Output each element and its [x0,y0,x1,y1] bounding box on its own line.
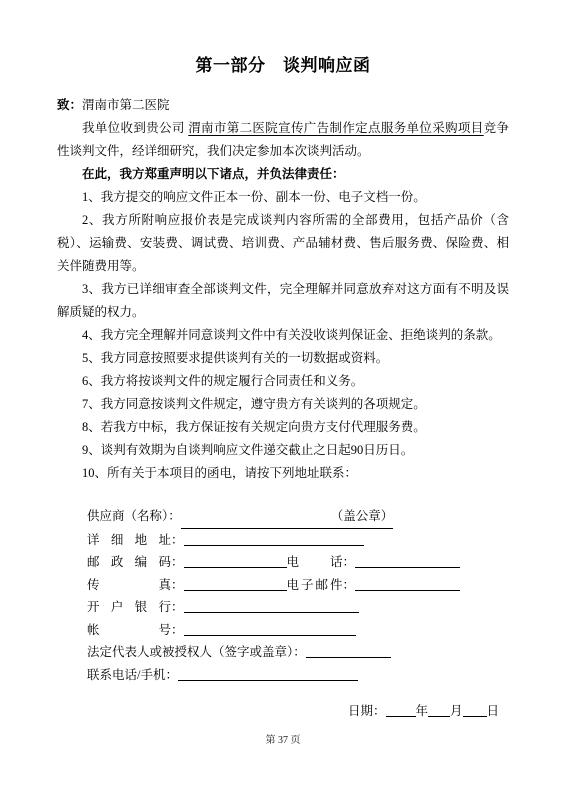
bank-label: 开户银行 [87,596,171,619]
email-label: 电子邮件 [287,574,343,597]
supplier-blank [181,519,331,520]
account-row: 帐号： [57,619,509,642]
legal-rep-blank [306,644,391,658]
colon: ： [343,578,356,592]
phone-label: 电话 [287,551,343,574]
intro-lead: 我单位收到贵公司 [82,121,188,135]
phone-blank [355,554,460,568]
account-blank [184,622,356,636]
bank-blank [184,599,359,613]
seal-note: （盖公章） [331,509,394,523]
account-label: 帐号 [87,619,171,642]
address-blank [184,532,364,546]
recipient-name: 渭南市第二医院 [82,98,170,112]
date-month-blank [428,703,450,717]
list-item-5: 5、我方同意按照要求提供谈判有关的一切数据或资料。 [57,347,509,370]
declaration-heading: 在此，我方郑重声明以下诸点，并负法律责任： [57,163,509,186]
address-row: 详细地址： [57,529,509,552]
date-month-label: 月 [450,704,463,718]
contact-phone-row: 联系电话/手机： [57,664,509,687]
email-blank [355,577,460,591]
colon: ： [171,623,184,637]
date-label: 日期： [348,704,386,718]
fax-blank [184,577,287,591]
colon: ： [171,600,184,614]
date-day-label: 日 [487,704,500,718]
salutation-line: 致：渭南市第二医院 [57,94,509,117]
date-row: 日期：年月日 [57,700,509,723]
salutation-prefix: 致： [57,98,82,112]
page-footer: 第 37 页 [57,731,509,751]
date-year-label: 年 [416,704,429,718]
fax-email-row: 传真：电子邮件： [57,574,509,597]
legal-rep-row: 法定代表人或被授权人（签字或盖章）： [57,641,509,664]
colon: ： [171,555,184,569]
project-name-underlined: 渭南市第二医院宣传广告制作定点服务单位采购项目 [188,121,483,135]
date-day-blank [463,703,487,717]
supplier-label: 供应商（名称）： [87,509,181,523]
page-title: 第一部分 谈判响应函 [57,54,509,78]
supplier-blank-and-seal: （盖公章） [181,505,394,529]
colon: ： [171,533,184,547]
supplier-row: 供应商（名称）：（盖公章） [57,505,509,529]
address-label: 详细地址 [87,529,171,552]
postal-blank [184,554,287,568]
postal-phone-row: 邮政编码：电话： [57,551,509,574]
list-item-10: 10、所有关于本项目的函电，请按下列地址联系： [57,462,509,485]
intro-paragraph: 我单位收到贵公司 渭南市第二医院宣传广告制作定点服务单位采购项目竞争性谈判文件，… [57,117,509,163]
colon: ： [171,578,184,592]
list-item-9: 9、谈判有效期为自谈判响应文件递交截止之日起90日历日。 [57,439,509,462]
list-item-7: 7、我方同意按谈判文件规定，遵守贵方有关谈判的各项规定。 [57,393,509,416]
list-item-8: 8、若我方中标，我方保证按有关规定向贵方支付代理服务费。 [57,416,509,439]
fax-label: 传真 [87,574,171,597]
list-item-2: 2、我方所附响应报价表是完成谈判内容所需的全部费用，包括产品价（含税）、运输费、… [57,209,509,278]
contact-phone-blank [178,667,358,681]
list-item-1: 1、我方提交的响应文件正本一份、副本一份、电子文档一份。 [57,186,509,209]
postal-label: 邮政编码 [87,551,171,574]
contact-form: 供应商（名称）：（盖公章） 详细地址： 邮政编码：电话： 传真：电子邮件： 开户… [57,505,509,686]
colon: ： [343,555,356,569]
date-year-blank [386,703,416,717]
document-page: 第一部分 谈判响应函 致：渭南市第二医院 我单位收到贵公司 渭南市第二医院宣传广… [0,0,566,800]
list-item-3: 3、我方已详细审查全部谈判文件，完全理解并同意放弃对这方面有不明及误解质疑的权力… [57,278,509,324]
list-item-4: 4、我方完全理解并同意谈判文件中有关没收谈判保证金、拒绝谈判的条款。 [57,324,509,347]
list-item-6: 6、我方将按谈判文件的规定履行合同责任和义务。 [57,370,509,393]
bank-row: 开户银行： [57,596,509,619]
legal-rep-label: 法定代表人或被授权人（签字或盖章）： [87,645,306,659]
contact-phone-label: 联系电话/手机： [87,668,178,682]
